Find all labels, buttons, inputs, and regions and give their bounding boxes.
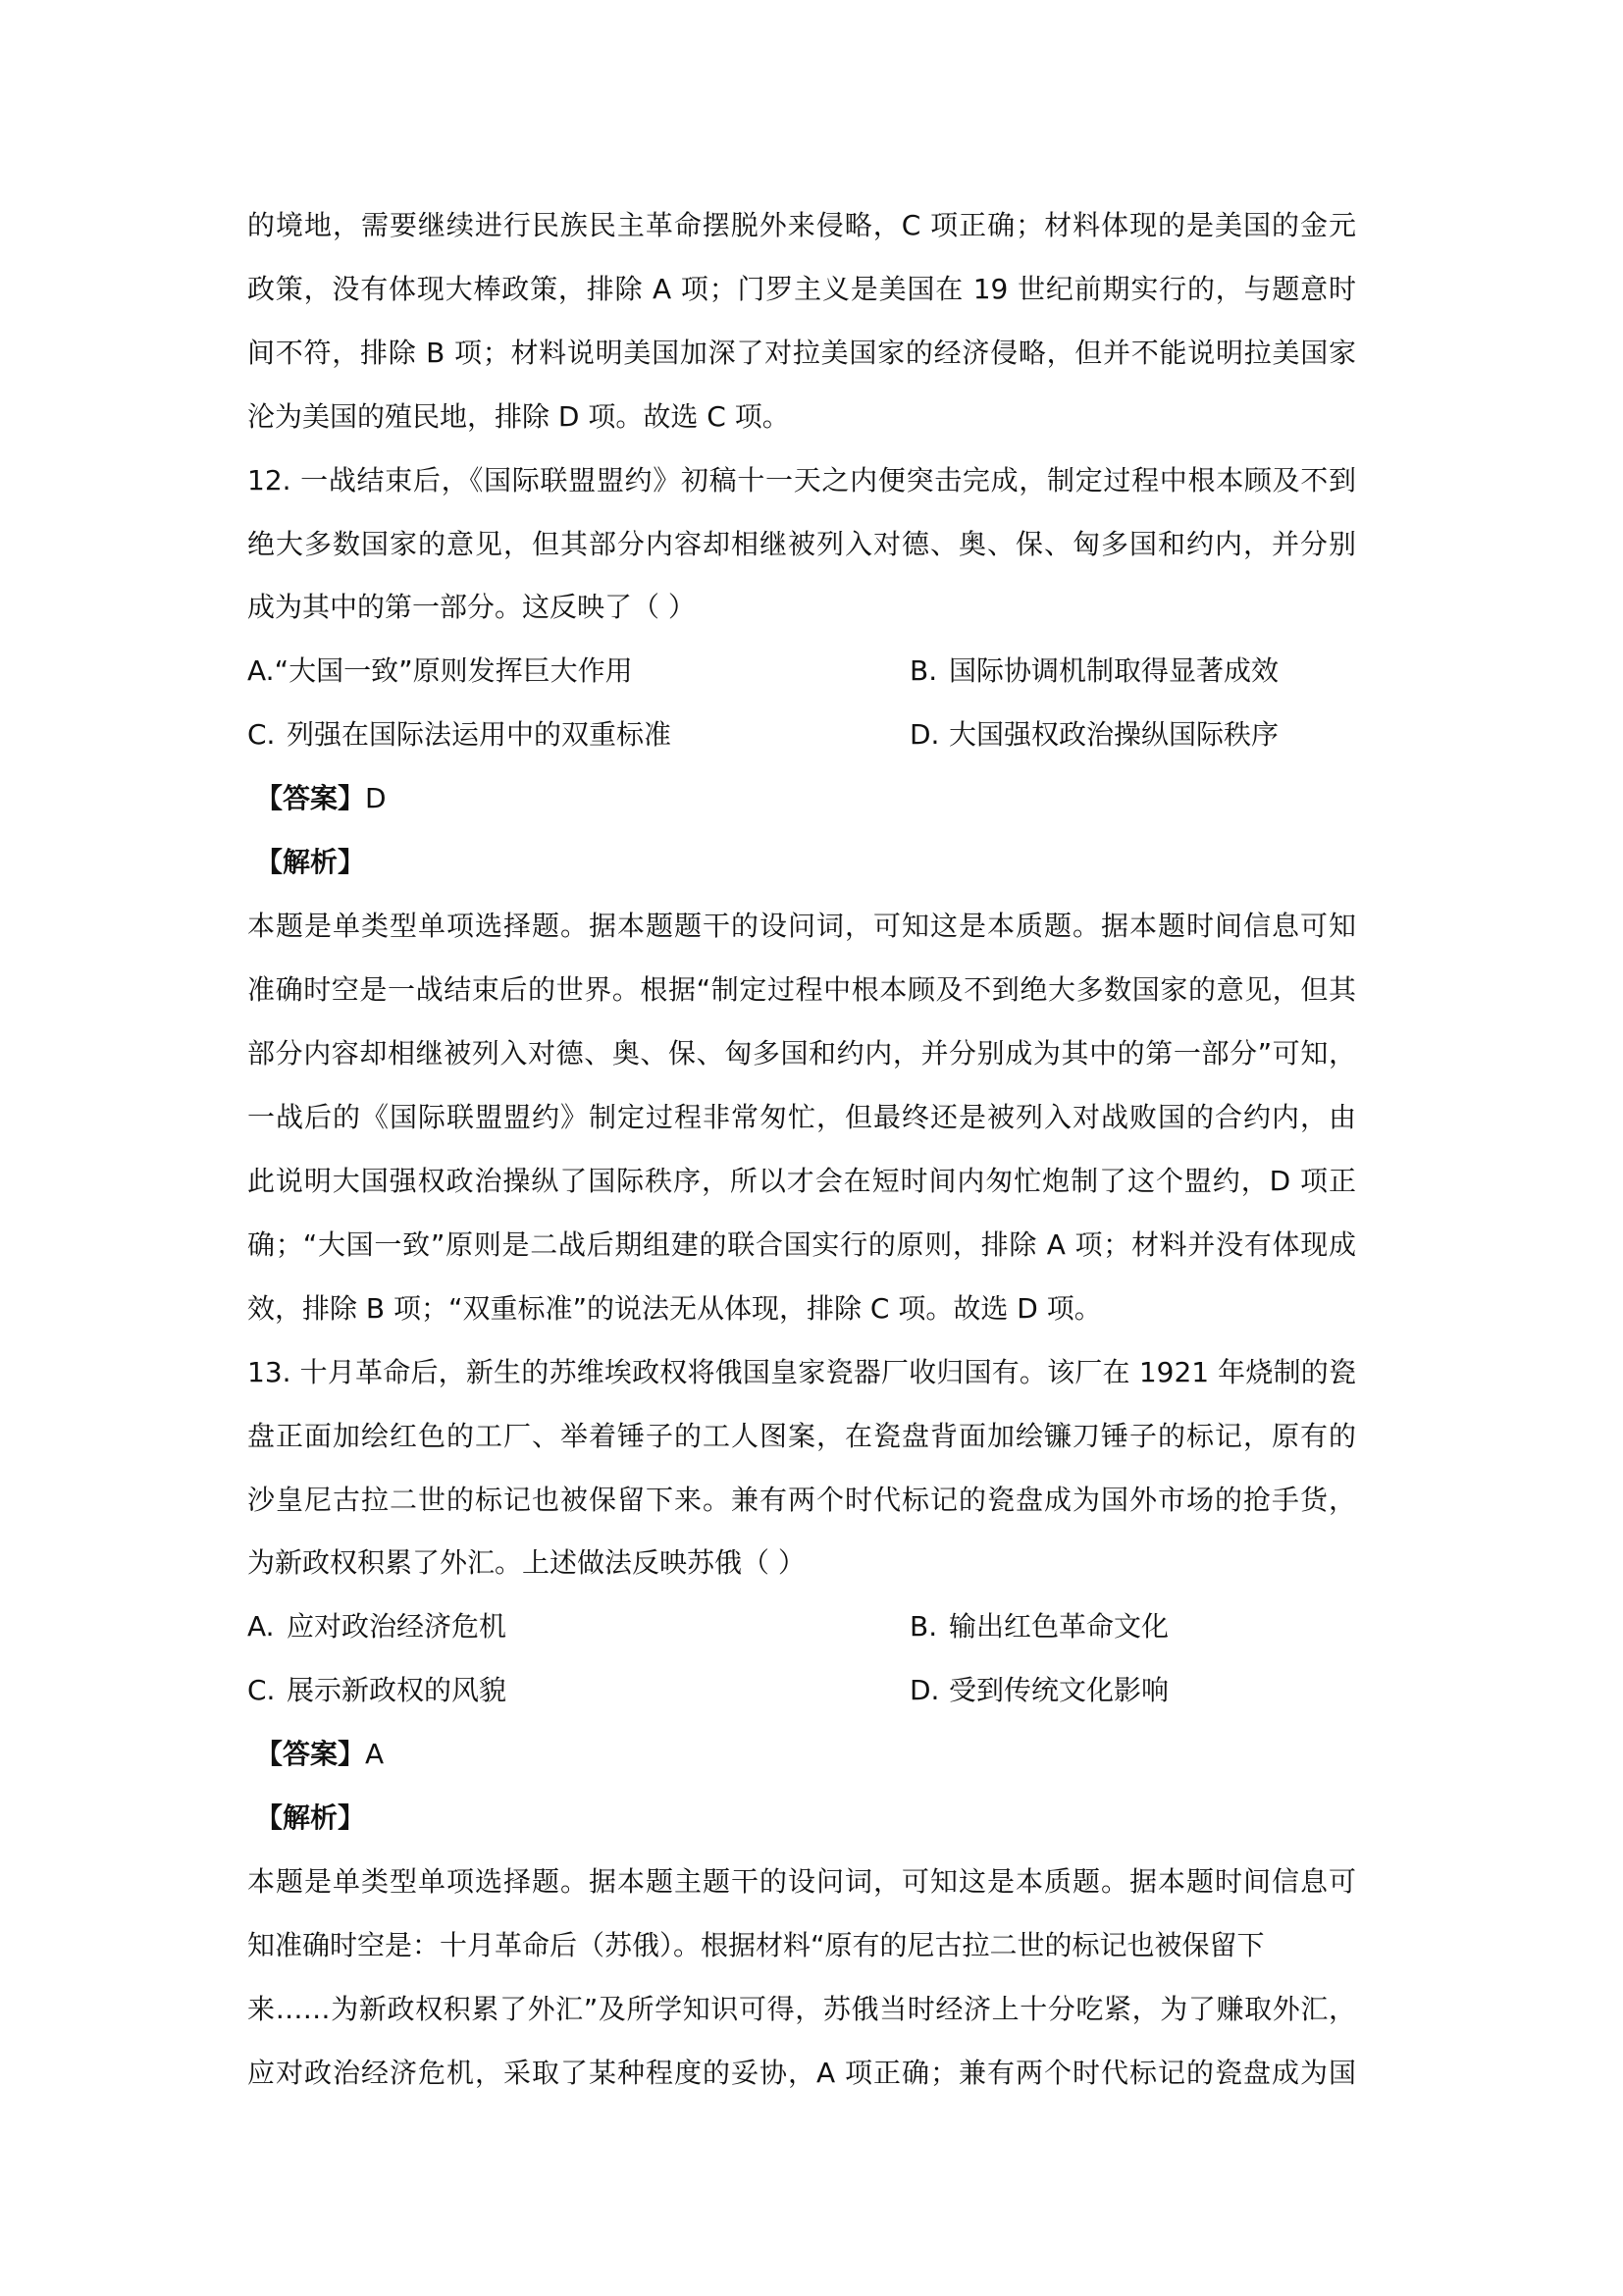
analysis-line: 一战后的《国际联盟盟约》制定过程非常匆忙，但最终还是被列入对战败国的合约内，由 xyxy=(247,1100,1356,1135)
options-row: C.展示新政权的风貌 D.受到传统文化影响 xyxy=(247,1673,1356,1708)
option-text: 应对政治经济危机 xyxy=(287,1610,506,1643)
analysis-label: 【解析】 xyxy=(255,846,365,878)
option-text: 列强在国际法运用中的双重标准 xyxy=(287,718,671,751)
answer-value: D xyxy=(365,782,387,814)
analysis-line: 本题是单类型单项选择题。据本题主题干的设问词，可知这是本质题。据本题时间信息可 xyxy=(247,1864,1356,1900)
analysis-line: 知准确时空是：十月革命后（苏俄）。根据材料“原有的尼古拉二世的标记也被保留下 xyxy=(247,1928,1356,1963)
analysis-line: 确；“大国一致”原则是二战后期组建的联合国实行的原则，排除 A 项；材料并没有体… xyxy=(247,1227,1356,1263)
options-row: C.列强在国际法运用中的双重标准 D.大国强权政治操纵国际秩序 xyxy=(247,717,1356,753)
answer-line: 【答案】D xyxy=(255,781,1364,816)
option-text: 展示新政权的风貌 xyxy=(287,1674,506,1706)
analysis-line: 此说明大国强权政治操纵了国际秩序，所以才会在短时间内匆忙炮制了这个盟约，D 项正 xyxy=(247,1164,1356,1199)
analysis-line: 准确时空是一战结束后的世界。根据“制定过程中根本顾及不到绝大多数国家的意见，但其 xyxy=(247,972,1356,1008)
explanation-line: 间不符，排除 B 项；材料说明美国加深了对拉美国家的经济侵略，但并不能说明拉美国… xyxy=(247,336,1356,371)
explanation-line: 沦为美国的殖民地，排除 D 项。故选 C 项。 xyxy=(247,399,1356,435)
answer-label: 【答案】 xyxy=(255,782,365,814)
option-text: 大国强权政治操纵国际秩序 xyxy=(949,718,1279,751)
option-a: A.“大国一致”原则发挥巨大作用 xyxy=(247,653,633,689)
answer-line: 【答案】A xyxy=(255,1737,1364,1772)
option-d: D.受到传统文化影响 xyxy=(910,1673,1169,1708)
option-c: C.展示新政权的风貌 xyxy=(247,1673,506,1708)
option-letter: B. xyxy=(910,653,949,689)
options-row: A.应对政治经济危机 B.输出红色革命文化 xyxy=(247,1609,1356,1644)
option-letter: D. xyxy=(910,1673,949,1708)
option-text: 国际协调机制取得显著成效 xyxy=(949,654,1279,687)
analysis-line: 部分内容却相继被列入对德、奥、保、匈多国和约内，并分别成为其中的第一部分”可知， xyxy=(247,1036,1356,1071)
option-d: D.大国强权政治操纵国际秩序 xyxy=(910,717,1279,753)
answer-value: A xyxy=(365,1738,384,1770)
explanation-line: 政策，没有体现大棒政策，排除 A 项；门罗主义是美国在 19 世纪前期实行的，与… xyxy=(247,272,1356,307)
options-row: A.“大国一致”原则发挥巨大作用 B.国际协调机制取得显著成效 xyxy=(247,653,1356,689)
analysis-line: 应对政治经济危机，采取了某种程度的妥协，A 项正确；兼有两个时代标记的瓷盘成为国 xyxy=(247,2056,1356,2091)
analysis-label: 【解析】 xyxy=(255,1801,365,1834)
option-text: “大国一致”原则发挥巨大作用 xyxy=(275,654,633,687)
option-b: B.输出红色革命文化 xyxy=(910,1609,1169,1644)
question-stem-line: 13. 十月革命后，新生的苏维埃政权将俄国皇家瓷器厂收归国有。该厂在 1921 … xyxy=(247,1355,1356,1390)
question-stem-line: 为新政权积累了外汇。上述做法反映苏俄（ ） xyxy=(247,1545,1356,1581)
option-letter: C. xyxy=(247,1673,287,1708)
analysis-line: 效，排除 B 项；“双重标准”的说法无从体现，排除 C 项。故选 D 项。 xyxy=(247,1291,1356,1327)
question-stem-line: 绝大多数国家的意见，但其部分内容却相继被列入对德、奥、保、匈多国和约内，并分别 xyxy=(247,527,1356,562)
option-letter: C. xyxy=(247,717,287,753)
option-letter: A. xyxy=(247,1609,287,1644)
question-stem-line: 盘正面加绘红色的工厂、举着锤子的工人图案，在瓷盘背面加绘镰刀锤子的标记，原有的 xyxy=(247,1419,1356,1454)
option-b: B.国际协调机制取得显著成效 xyxy=(910,653,1279,689)
option-a: A.应对政治经济危机 xyxy=(247,1609,506,1644)
analysis-line: 本题是单类型单项选择题。据本题题干的设问词，可知这是本质题。据本题时间信息可知 xyxy=(247,909,1356,944)
analysis-heading: 【解析】 xyxy=(255,1800,1364,1836)
answer-label: 【答案】 xyxy=(255,1738,365,1770)
document-page: 的境地，需要继续进行民族民主革命摆脱外来侵略，C 项正确；材料体现的是美国的金元… xyxy=(0,0,1623,2296)
question-stem-line: 12. 一战结束后，《国际联盟盟约》初稿十一天之内便突击完成，制定过程中根本顾及… xyxy=(247,463,1356,498)
option-c: C.列强在国际法运用中的双重标准 xyxy=(247,717,671,753)
option-letter: A. xyxy=(247,654,275,687)
analysis-line: 来……为新政权积累了外汇”及所学知识可得，苏俄当时经济上十分吃紧，为了赚取外汇， xyxy=(247,1992,1356,2027)
question-stem-line: 沙皇尼古拉二世的标记也被保留下来。兼有两个时代标记的瓷盘成为国外市场的抢手货， xyxy=(247,1483,1356,1518)
option-text: 输出红色革命文化 xyxy=(949,1610,1169,1643)
option-letter: B. xyxy=(910,1609,949,1644)
analysis-heading: 【解析】 xyxy=(255,845,1364,880)
question-stem-line: 成为其中的第一部分。这反映了（ ） xyxy=(247,590,1356,625)
option-text: 受到传统文化影响 xyxy=(949,1674,1169,1706)
explanation-line: 的境地，需要继续进行民族民主革命摆脱外来侵略，C 项正确；材料体现的是美国的金元 xyxy=(247,208,1356,243)
option-letter: D. xyxy=(910,717,949,753)
